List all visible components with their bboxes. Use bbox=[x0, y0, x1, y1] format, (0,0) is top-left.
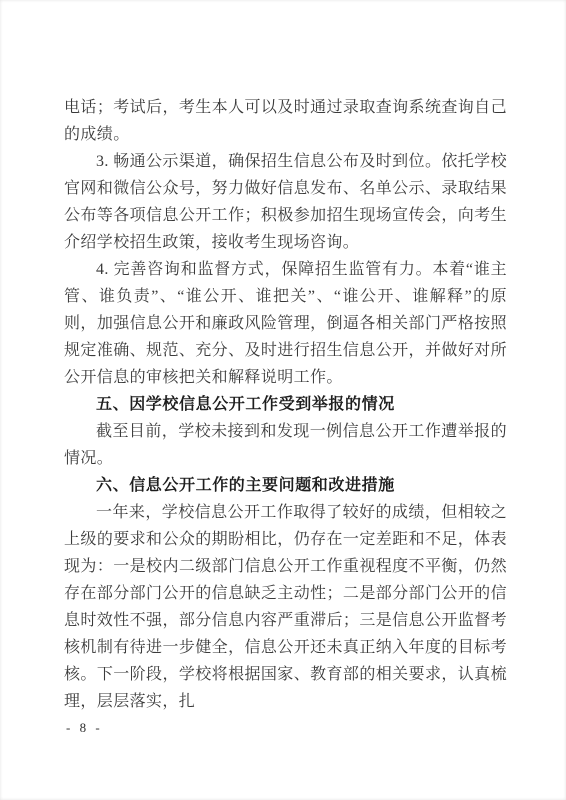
document-page: 电话；考试后，考生本人可以及时通过录取查询系统查询自己的成绩。3. 畅通公示渠道… bbox=[0, 0, 566, 800]
page-number: - 8 - bbox=[66, 720, 103, 736]
paragraph: 截至目前，学校未接到和发现一例信息公开工作遭举报的情况。 bbox=[64, 418, 507, 472]
paragraph: 3. 畅通公示渠道，确保招生信息公布及时到位。依托学校官网和微信公众号，努力做好… bbox=[64, 148, 507, 256]
paragraph: 4. 完善咨询和监督方式，保障招生监管有力。本着“谁主管、谁负责”、“谁公开、谁… bbox=[64, 256, 507, 391]
paragraph: 一年来，学校信息公开工作取得了较好的成绩，但相较之上级的要求和公众的期盼相比，仍… bbox=[64, 499, 507, 715]
section-heading: 五、因学校信息公开工作受到举报的情况 bbox=[64, 391, 507, 418]
paragraph: 电话；考试后，考生本人可以及时通过录取查询系统查询自己的成绩。 bbox=[64, 94, 507, 148]
section-heading: 六、信息公开工作的主要问题和改进措施 bbox=[64, 472, 507, 499]
document-body: 电话；考试后，考生本人可以及时通过录取查询系统查询自己的成绩。3. 畅通公示渠道… bbox=[64, 94, 507, 715]
